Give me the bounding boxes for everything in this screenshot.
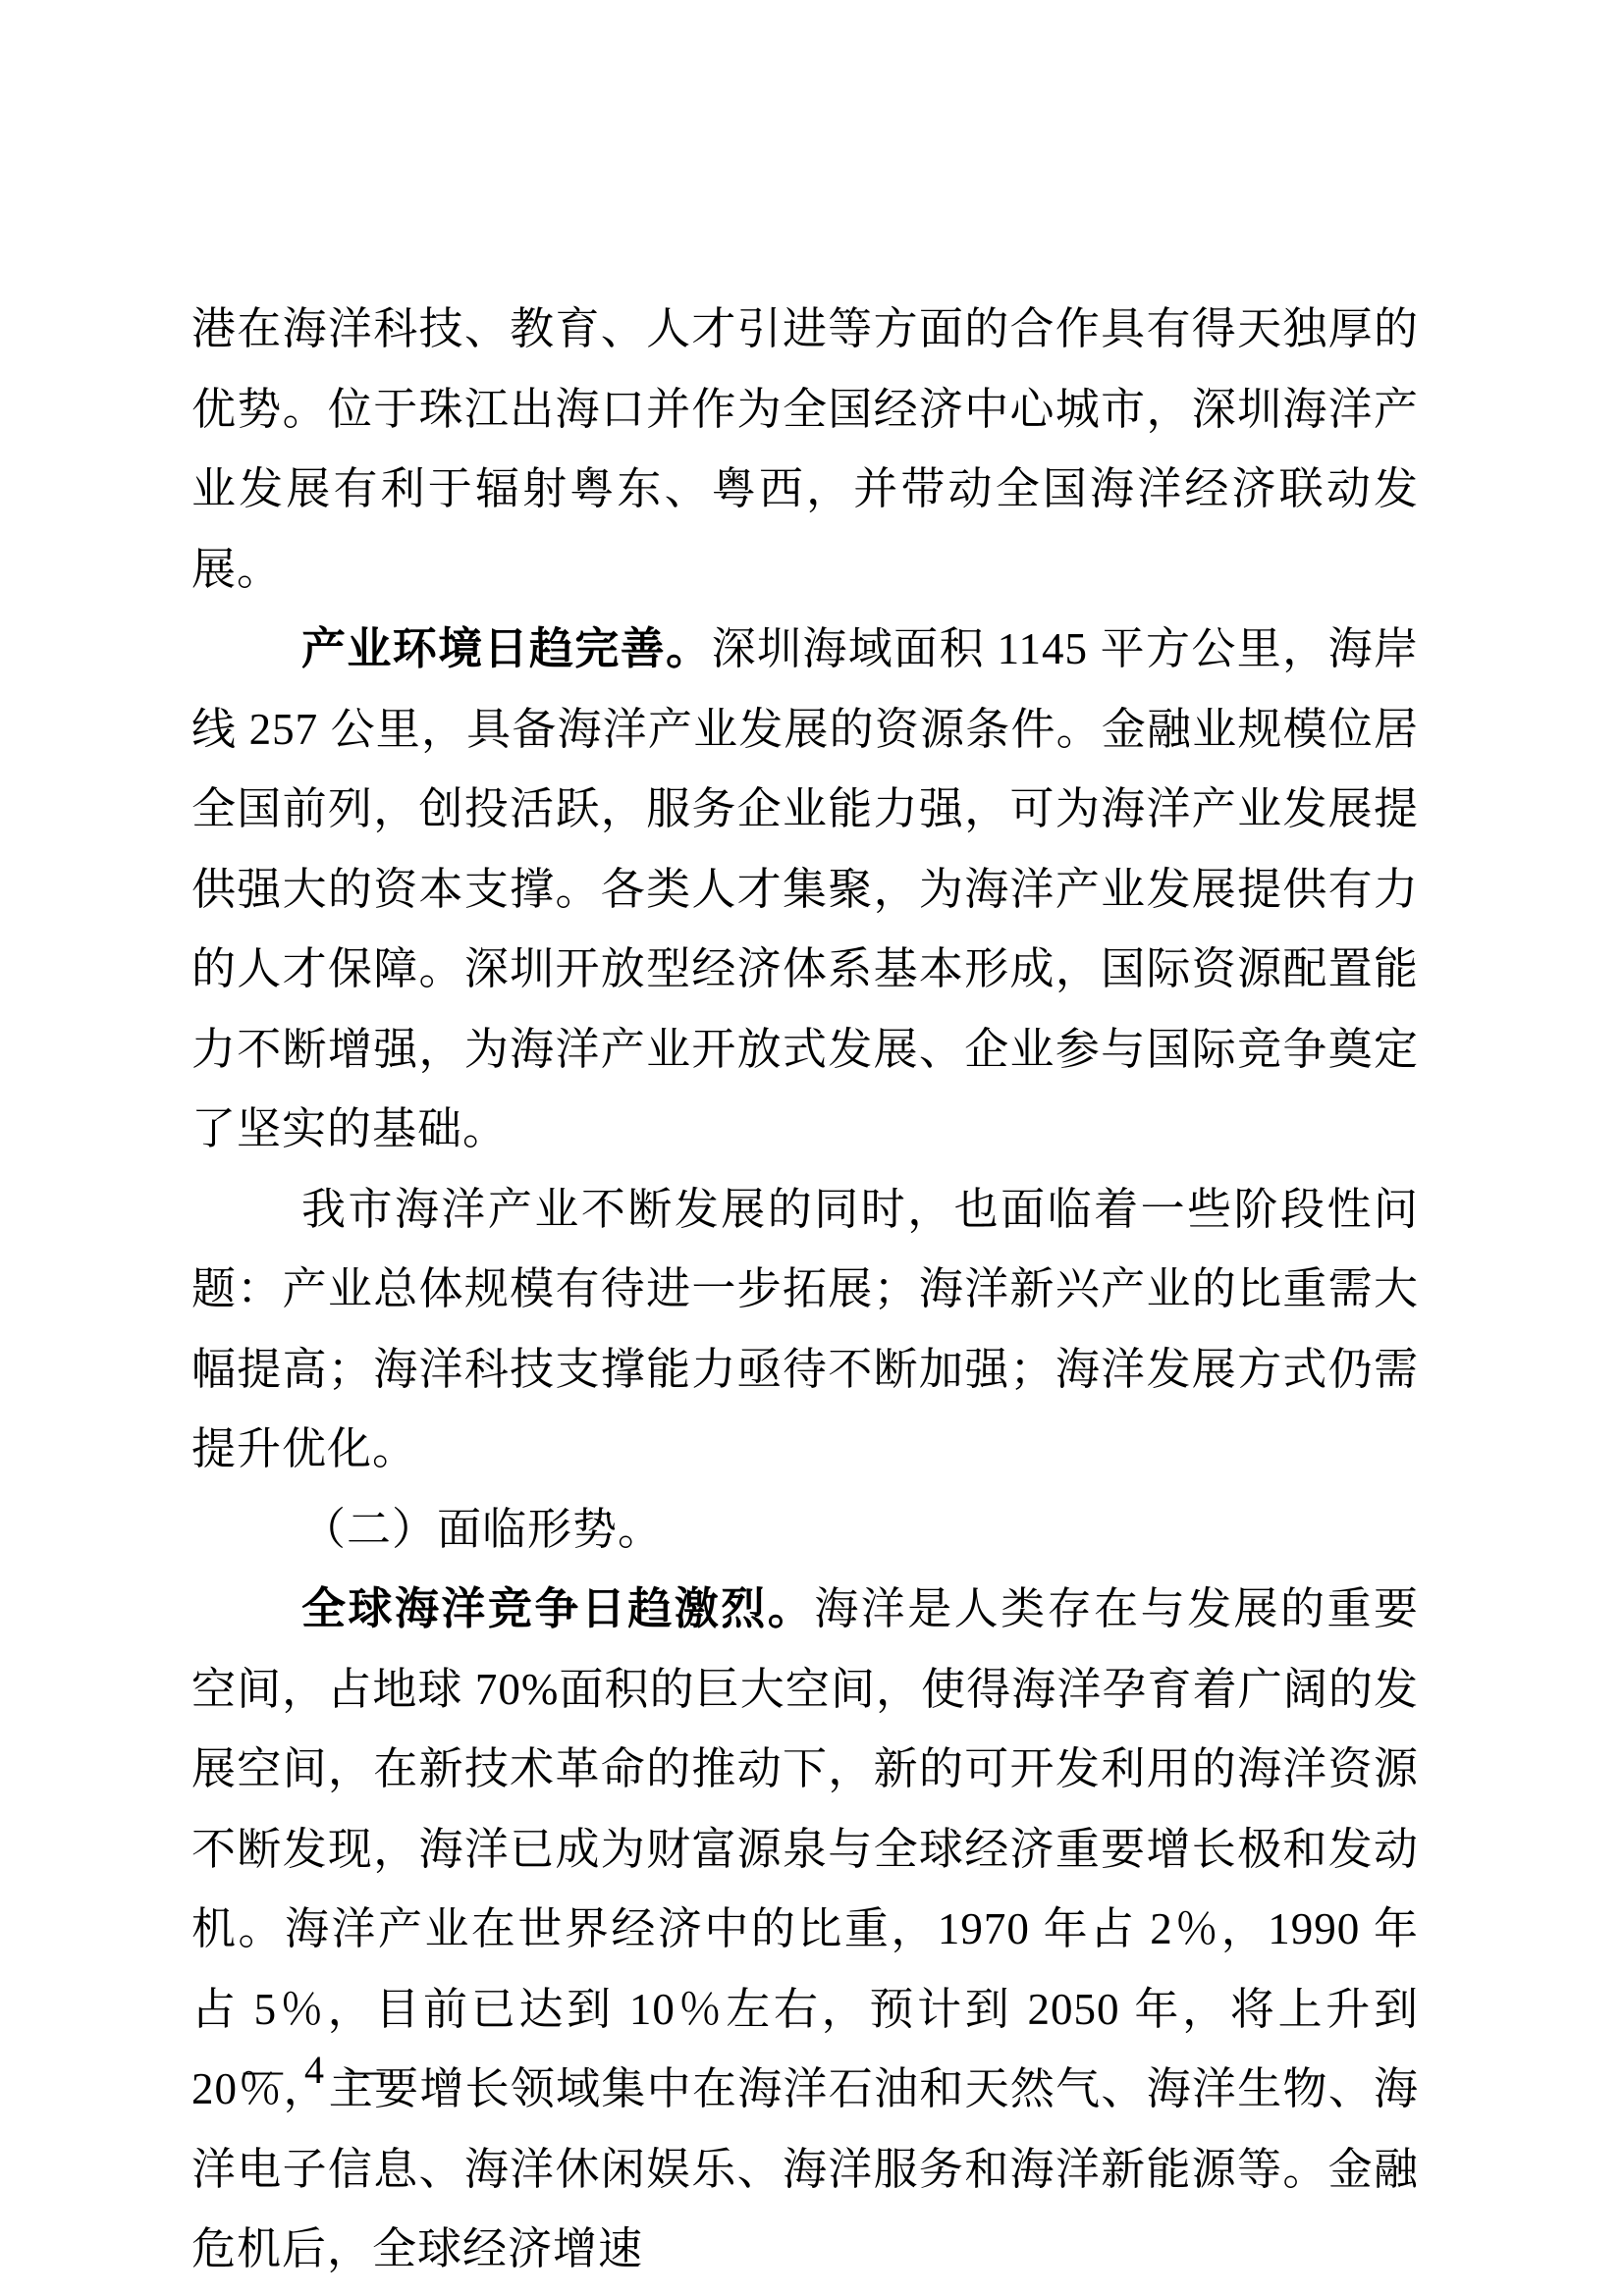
paragraph-stage-problems: 我市海洋产业不断发展的同时，也面临着一些阶段性问题：产业总体规模有待进一步拓展；…	[191, 1170, 1419, 1490]
page-number: — 4 —	[243, 2047, 391, 2094]
paragraph-text: 我市海洋产业不断发展的同时，也面临着一些阶段性问题：产业总体规模有待进一步拓展；…	[191, 1185, 1419, 1474]
paragraph-text: （二）面临形势。	[301, 1505, 663, 1554]
paragraph-text: 深圳海域面积 1145 平方公里，海岸线 257 公里，具备海洋产业发展的资源条…	[191, 624, 1419, 1153]
paragraph-industry-environment: 产业环境日趋完善。深圳海域面积 1145 平方公里，海岸线 257 公里，具备海…	[191, 610, 1419, 1170]
paragraph-text: 海洋是人类存在与发展的重要空间，占地球 70%面积的巨大空间，使得海洋孕育着广阔…	[191, 1584, 1419, 2273]
paragraph-global-competition: 全球海洋竞争日趋激烈。海洋是人类存在与发展的重要空间，占地球 70%面积的巨大空…	[191, 1570, 1419, 2290]
document-body: 港在海洋科技、教育、人才引进等方面的合作具有得天独厚的优势。位于珠江出海口并作为…	[191, 290, 1419, 2290]
paragraph-section-heading: （二）面临形势。	[191, 1490, 1419, 1571]
paragraph-bold-lead: 产业环境日趋完善。	[301, 624, 712, 673]
document-page: 港在海洋科技、教育、人才引进等方面的合作具有得天独厚的优势。位于珠江出海口并作为…	[0, 0, 1623, 2296]
paragraph-text: 港在海洋科技、教育、人才引进等方面的合作具有得天独厚的优势。位于珠江出海口并作为…	[191, 304, 1419, 594]
paragraph-continuation-advantages: 港在海洋科技、教育、人才引进等方面的合作具有得天独厚的优势。位于珠江出海口并作为…	[191, 290, 1419, 610]
paragraph-bold-lead: 全球海洋竞争日趋激烈。	[301, 1584, 814, 1633]
